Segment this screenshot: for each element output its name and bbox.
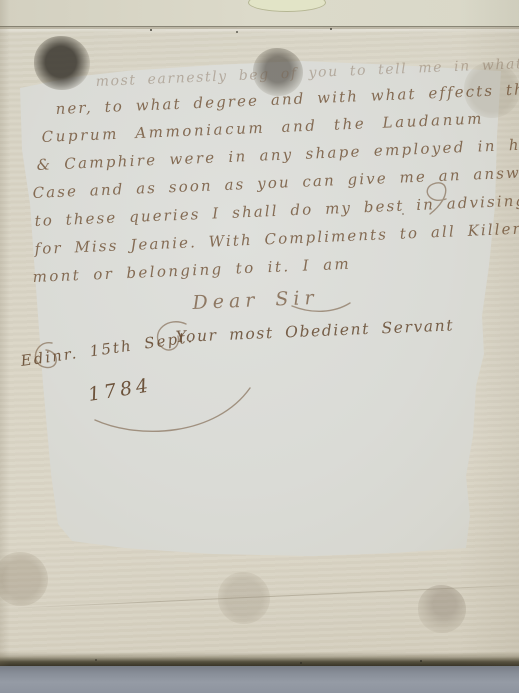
photo-of-letter: most earnestly beg of you to tell me in … <box>0 0 519 693</box>
letter-line-8: mont or belonging to it. I am <box>32 255 351 286</box>
letter-dateline: Edinr. 15th Sept. <box>19 328 195 370</box>
letter-year: 1784 <box>87 374 154 406</box>
letter-closing: Your most Obedient Servant <box>175 316 454 346</box>
letter-salutation: Dear Sir <box>192 287 319 314</box>
handwritten-text: most earnestly beg of you to tell me in … <box>0 0 519 693</box>
